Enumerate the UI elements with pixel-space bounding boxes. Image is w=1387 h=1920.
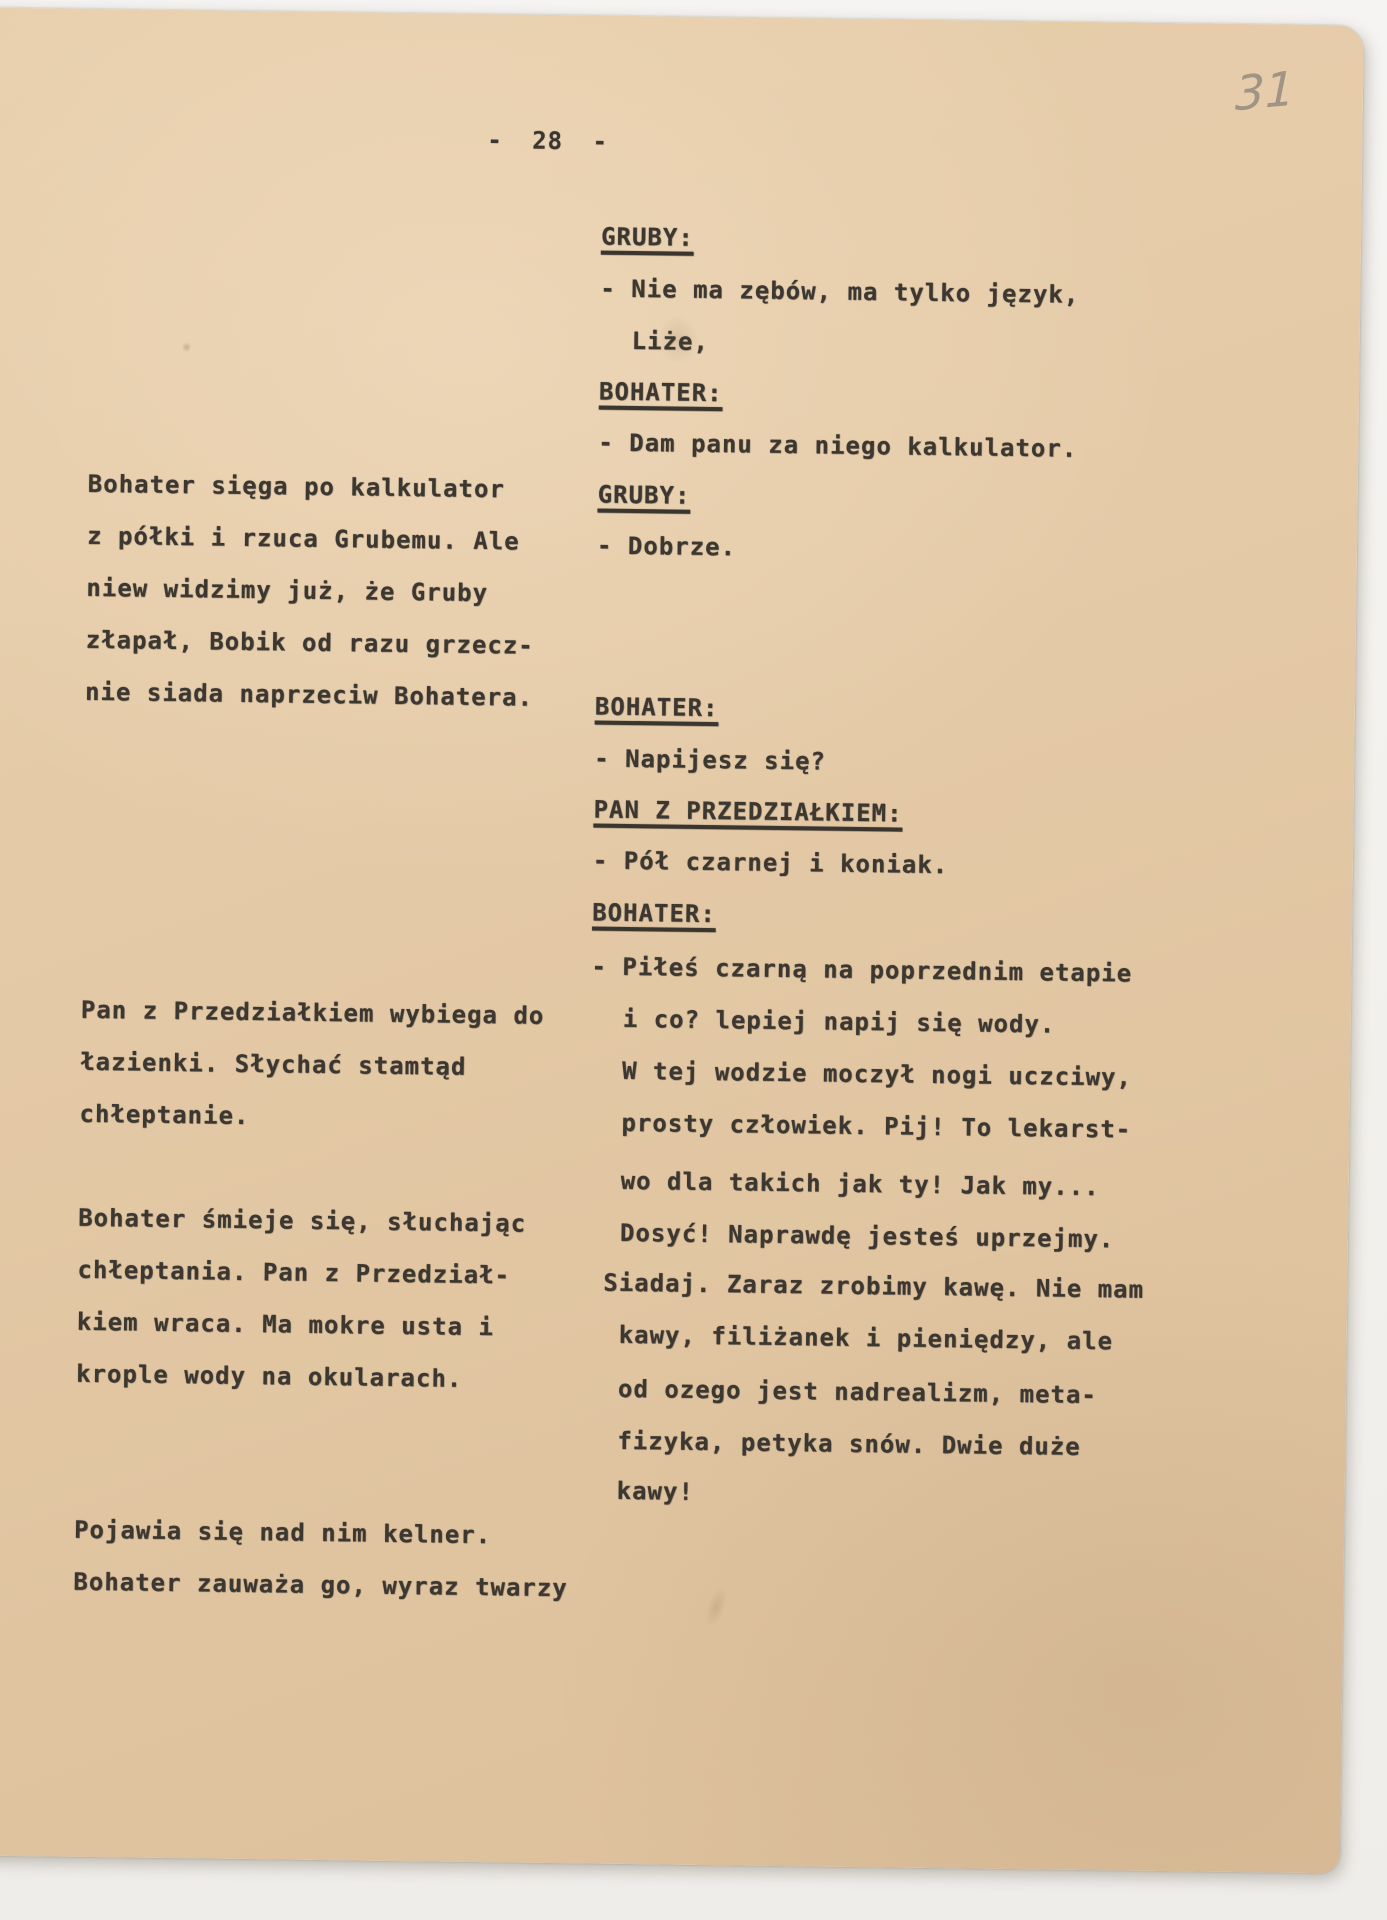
dialogue-continuation-line: W tej wodzie moczył nogi uczciwy,	[622, 1056, 1132, 1093]
character-name: GRUBY:	[597, 481, 690, 510]
scene-direction-line: Pojawia się nad nim kelner.	[74, 1515, 491, 1550]
dialogue-continuation-line: Dosyć! Naprawdę jesteś uprzejmy.	[620, 1218, 1115, 1254]
dialogue-continuation-line: od ozego jest nadrealizm, meta-	[618, 1374, 1097, 1410]
scene-direction-line: krople wody na okularach.	[76, 1359, 463, 1394]
dialogue-column: GRUBY:- Nie ma zębów, ma tylko język,Liż…	[0, 7, 1364, 25]
character-cue: BOHATER:	[595, 692, 719, 724]
paper-speck	[179, 340, 193, 354]
scene-direction-line: chłeptania. Pan z Przedział-	[77, 1255, 510, 1291]
dialogue-continuation-line: fizyka, petyka snów. Dwie duże	[617, 1426, 1081, 1462]
scene-direction-line: łazienki. Słychać stamtąd	[80, 1047, 467, 1082]
character-name: BOHATER:	[599, 378, 723, 408]
character-name: GRUBY:	[601, 223, 694, 252]
dialogue-line: - Piłeś czarną na poprzednim etapie	[591, 952, 1132, 989]
dialogue-continuation-line: i co? lepiej napij się wody.	[623, 1004, 1056, 1040]
scene-direction-line: nie siada naprzeciw Bohatera.	[85, 677, 533, 713]
scene-direction-line: Pan z Przedziałkiem wybiega do	[81, 995, 545, 1031]
scene-direction-line: niew widzimy już, że Gruby	[86, 573, 488, 608]
dialogue-line: - Nie ma zębów, ma tylko język,	[600, 274, 1079, 310]
page-number: - 28 -	[487, 126, 608, 156]
character-cue: BOHATER:	[599, 377, 723, 409]
dialogue-continuation-line: prosty człowiek. Pij! To lekarst-	[621, 1108, 1131, 1145]
scene-direction-line: chłeptanie.	[79, 1099, 249, 1131]
dialogue-continuation-line: kawy, filiżanek i pieniędzy, ale	[618, 1320, 1113, 1356]
scene-direction-line: kiem wraca. Ma mokre usta i	[77, 1307, 494, 1342]
character-cue: GRUBY:	[597, 480, 690, 511]
paper-stain	[693, 1575, 739, 1640]
dialogue-continuation-line: Siadaj. Zaraz zrobimy kawę. Nie mam	[603, 1268, 1144, 1305]
character-cue: BOHATER:	[592, 898, 716, 930]
scan-background: - 28 - 31 Bohater sięga po kalkulatorz p…	[0, 0, 1387, 1920]
character-name: PAN Z PRZEDZIAŁKIEM:	[593, 796, 902, 828]
dialogue-continuation-line: Liże,	[631, 326, 709, 357]
handwritten-page-annotation: 31	[1235, 61, 1295, 122]
typescript-page: - 28 - 31 Bohater sięga po kalkulatorz p…	[0, 7, 1364, 1873]
scene-directions-column: Bohater sięga po kalkulatorz półki i rzu…	[0, 7, 1364, 25]
scene-direction-line: Bohater śmieje się, słuchając	[78, 1203, 526, 1239]
scene-direction-line: Bohater zauważa go, wyraz twarzy	[73, 1567, 568, 1603]
character-cue: PAN Z PRZEDZIAŁKIEM:	[593, 795, 902, 829]
character-cue: GRUBY:	[601, 222, 694, 253]
dialogue-line: - Napijesz się?	[594, 744, 826, 777]
character-name: BOHATER:	[592, 899, 716, 929]
scene-direction-line: Bohater sięga po kalkulator	[88, 469, 505, 504]
scene-direction-line: złapał, Bobik od razu grzecz-	[86, 625, 534, 661]
dialogue-continuation-line: kawy!	[616, 1476, 694, 1507]
dialogue-line: - Dam panu za niego kalkulator.	[598, 428, 1077, 464]
dialogue-line: - Pół czarnej i koniak.	[593, 846, 949, 881]
dialogue-continuation-line: wo dla takich jak ty! Jak my...	[621, 1166, 1100, 1202]
character-name: BOHATER:	[595, 693, 719, 723]
dialogue-line: - Dobrze.	[597, 531, 736, 563]
scene-direction-line: z półki i rzuca Grubemu. Ale	[87, 521, 520, 557]
